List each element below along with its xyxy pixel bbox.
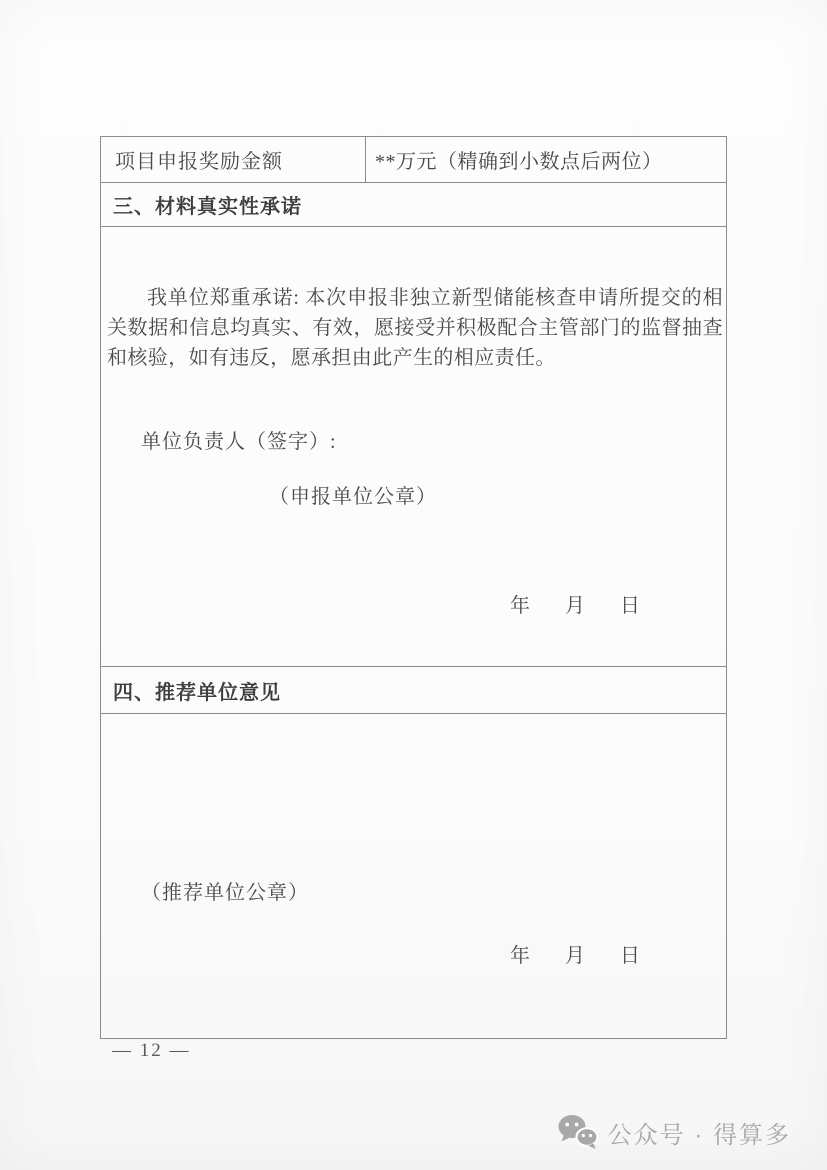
- applicant-seal-label: （申报单位公章）: [269, 480, 437, 509]
- page-number: — 12 —: [112, 1040, 191, 1062]
- commitment-declaration-text: 我单位郑重承诺: 本次申报非独立新型储能核查申请所提交的相关数据和信息均真实、有…: [107, 283, 723, 373]
- recommendation-date-line: 年 月 日: [510, 939, 640, 968]
- section-4-header-row: 四、推荐单位意见: [101, 667, 726, 714]
- reward-amount-label: 项目申报奖励金额: [115, 145, 283, 174]
- year-label: 年: [510, 939, 530, 968]
- recommendation-cell: （推荐单位公章） 年 月 日: [101, 714, 726, 1038]
- wechat-icon: [557, 1114, 599, 1150]
- watermark-label: 公众号 · 得算多: [608, 1115, 791, 1150]
- commitment-date-line: 年 月 日: [510, 589, 640, 618]
- material-commitment-cell: 我单位郑重承诺: 本次申报非独立新型储能核查申请所提交的相关数据和信息均真实、有…: [101, 227, 726, 667]
- recommender-seal-label: （推荐单位公章）: [141, 876, 309, 905]
- application-form-table: 项目申报奖励金额 **万元（精确到小数点后两位） 三、材料真实性承诺 我单位郑重…: [100, 136, 727, 1039]
- day-label: 日: [620, 939, 640, 968]
- scanned-document-page: 项目申报奖励金额 **万元（精确到小数点后两位） 三、材料真实性承诺 我单位郑重…: [0, 0, 827, 1170]
- section-3-header-row: 三、材料真实性承诺: [101, 183, 726, 227]
- signer-signature-label: 单位负责人（签字）:: [141, 425, 337, 454]
- reward-amount-value-cell: **万元（精确到小数点后两位）: [366, 137, 726, 182]
- year-label: 年: [510, 589, 530, 618]
- month-label: 月: [565, 939, 585, 968]
- reward-amount-row: 项目申报奖励金额 **万元（精确到小数点后两位）: [101, 137, 726, 183]
- reward-amount-value: **万元（精确到小数点后两位）: [375, 145, 663, 174]
- section-4-title: 四、推荐单位意见: [113, 676, 281, 705]
- watermark: 公众号 · 得算多: [557, 1114, 791, 1150]
- section-3-title: 三、材料真实性承诺: [113, 190, 302, 219]
- month-label: 月: [565, 589, 585, 618]
- reward-amount-label-cell: 项目申报奖励金额: [101, 137, 366, 182]
- day-label: 日: [620, 589, 640, 618]
